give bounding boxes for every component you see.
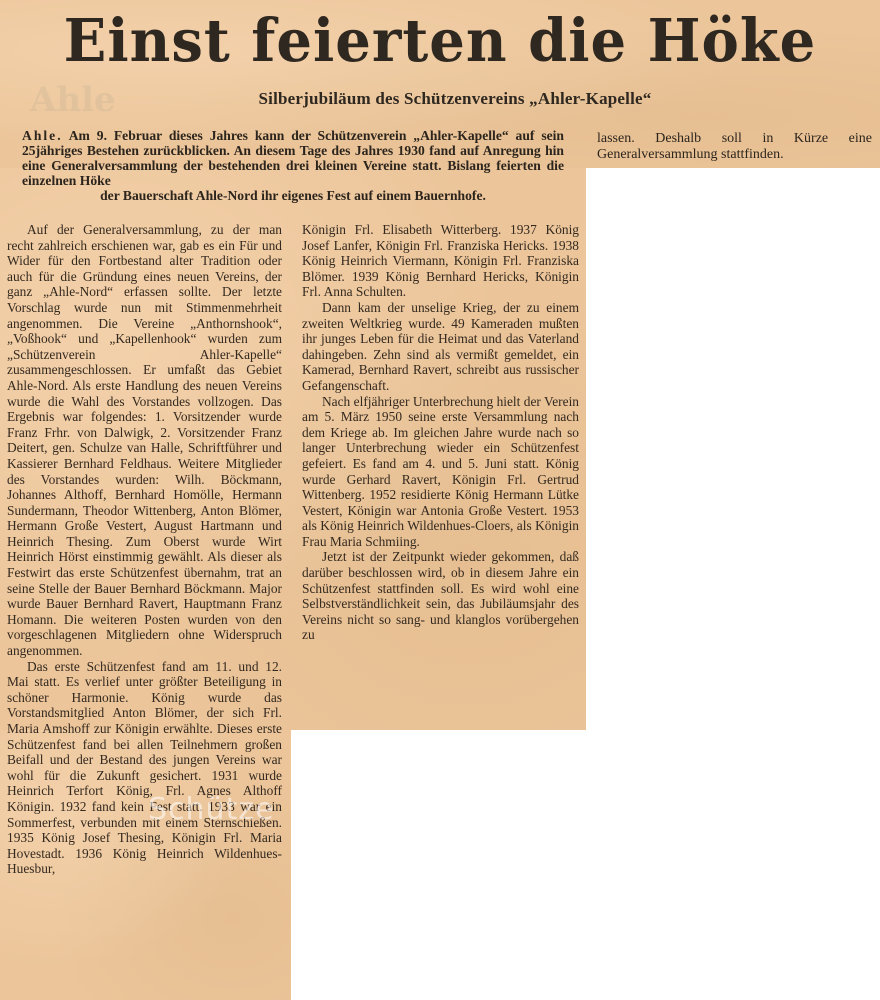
lead-last-line: der Bauerschaft Ahle-Nord ihr eigenes Fe… bbox=[22, 188, 564, 203]
column-paragraph: Königin Frl. Elisabeth Witterberg. 1937 … bbox=[302, 222, 579, 300]
lead-body: Ahle. Am 9. Februar dieses Jahres kann d… bbox=[22, 128, 564, 188]
column-paragraph: Dann kam der unselige Krieg, der zu eine… bbox=[302, 300, 579, 394]
column-paragraph: Auf der Generalversammlung, zu der man r… bbox=[7, 222, 282, 659]
headline: Einst feierten die Höke bbox=[0, 6, 880, 75]
column-paragraph: Nach elfjähriger Unterbrechung hielt der… bbox=[302, 394, 579, 550]
subheadline: Silberjubiläum des Schützenvereins „Ahle… bbox=[0, 89, 880, 109]
article-column-1: Auf der Generalversammlung, zu der man r… bbox=[7, 222, 282, 877]
dateline: Ahle. bbox=[22, 128, 63, 143]
lead-continuation: lassen. Deshalb soll in Kürze eine Gener… bbox=[597, 131, 872, 163]
lead-paragraph: Ahle. Am 9. Februar dieses Jahres kann d… bbox=[22, 128, 564, 203]
column-paragraph: Das erste Schützenfest fand am 11. und 1… bbox=[7, 659, 282, 877]
article-column-2: Königin Frl. Elisabeth Witterberg. 1937 … bbox=[302, 222, 579, 643]
lead-text: Am 9. Februar dieses Jahres kann der Sch… bbox=[22, 128, 564, 188]
column-paragraph: Jetzt ist der Zeitpunkt wieder gekommen,… bbox=[302, 549, 579, 643]
